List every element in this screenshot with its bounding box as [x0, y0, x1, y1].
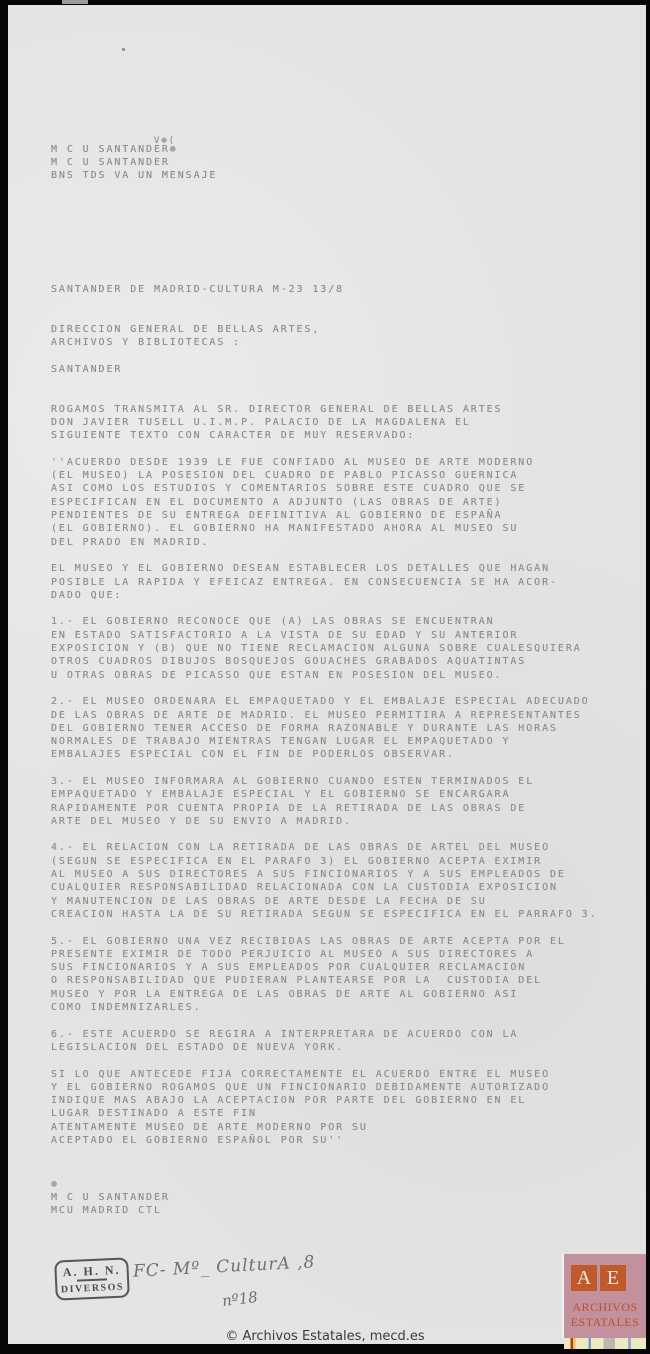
logo-word-estatales: ESTATALES [564, 1315, 646, 1330]
logo-word-archivos: ARCHIVOS [564, 1300, 646, 1315]
stamp-divider [77, 1278, 107, 1281]
logo-letter-e: E [600, 1265, 626, 1291]
ahn-archive-stamp: A. H. N. DIVERSOS [54, 1257, 130, 1300]
copyright-text: © Archivos Estatales, mecd.es [0, 1329, 650, 1344]
archivos-estatales-logo: A E ARCHIVOS ESTATALES [564, 1254, 646, 1338]
scan-border-gap [62, 0, 88, 4]
paper-speck [122, 48, 125, 51]
stamp-diversos-text: DIVERSOS [57, 1281, 127, 1295]
telegram-header: M C U SANTANDER⊛ M C U SANTANDER BNS TDS… [51, 143, 217, 182]
telegram-signature: ⊛ M C U SANTANDER MCU MADRID CTL [51, 1178, 170, 1217]
scanned-telegram-page: { "colors": { "paper": "#e4e4e2", "typew… [0, 0, 650, 1354]
logo-letter-a: A [571, 1265, 597, 1291]
telegram-body-text: SANTANDER DE MADRID-CULTURA M-23 13/8 DI… [51, 283, 598, 1147]
stamp-ahn-text: A. H. N. [56, 1263, 127, 1279]
